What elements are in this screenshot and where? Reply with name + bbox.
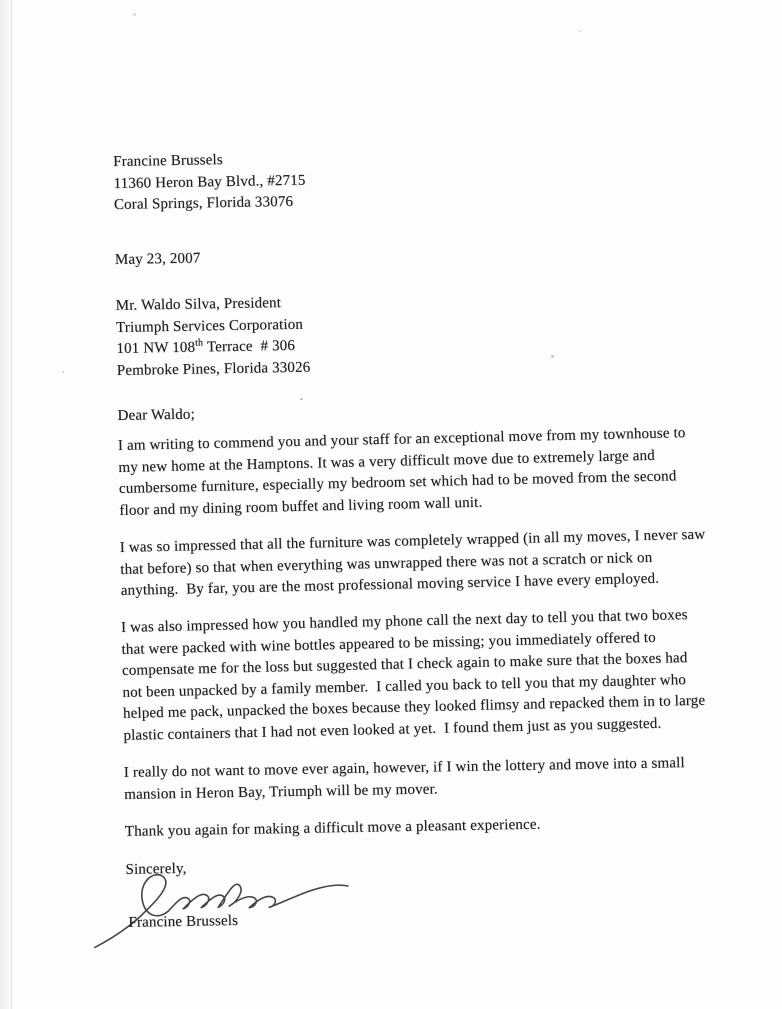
- letter-date: May 23, 2007: [115, 239, 703, 271]
- letter-paragraph: I really do not want to move ever again,…: [124, 753, 713, 806]
- recipient-street-ordinal: th: [195, 337, 203, 348]
- recipient-street-number: 101 NW 108: [116, 340, 195, 357]
- scanned-letter-page: Francine Brussels 11360 Heron Bay Blvd.,…: [0, 0, 782, 1009]
- scan-speck: [579, 30, 581, 32]
- letter-paragraph: I was so impressed that all the furnitur…: [120, 524, 709, 602]
- letter-paragraph: I am writing to commend you and your sta…: [118, 422, 708, 521]
- letter-content: Francine Brussels 11360 Heron Bay Blvd.,…: [113, 142, 715, 963]
- signature-typed-name: Francine Brussels: [128, 911, 238, 934]
- recipient-street-rest: Terrace # 306: [203, 338, 295, 356]
- scan-speck: [62, 371, 64, 373]
- salutation: Dear Waldo;: [117, 396, 705, 428]
- recipient-address-block: Mr. Waldo Silva, President Triumph Servi…: [116, 286, 705, 382]
- scan-left-edge-line: [11, 0, 12, 1009]
- signature-block: Francine Brussels: [126, 873, 715, 963]
- letter-paragraph: Thank you again for making a difficult m…: [125, 812, 713, 844]
- sender-address-block: Francine Brussels 11360 Heron Bay Blvd.,…: [113, 142, 702, 217]
- scan-speck: [133, 13, 136, 16]
- letter-paragraph: I was also impressed how you handled my …: [121, 605, 712, 747]
